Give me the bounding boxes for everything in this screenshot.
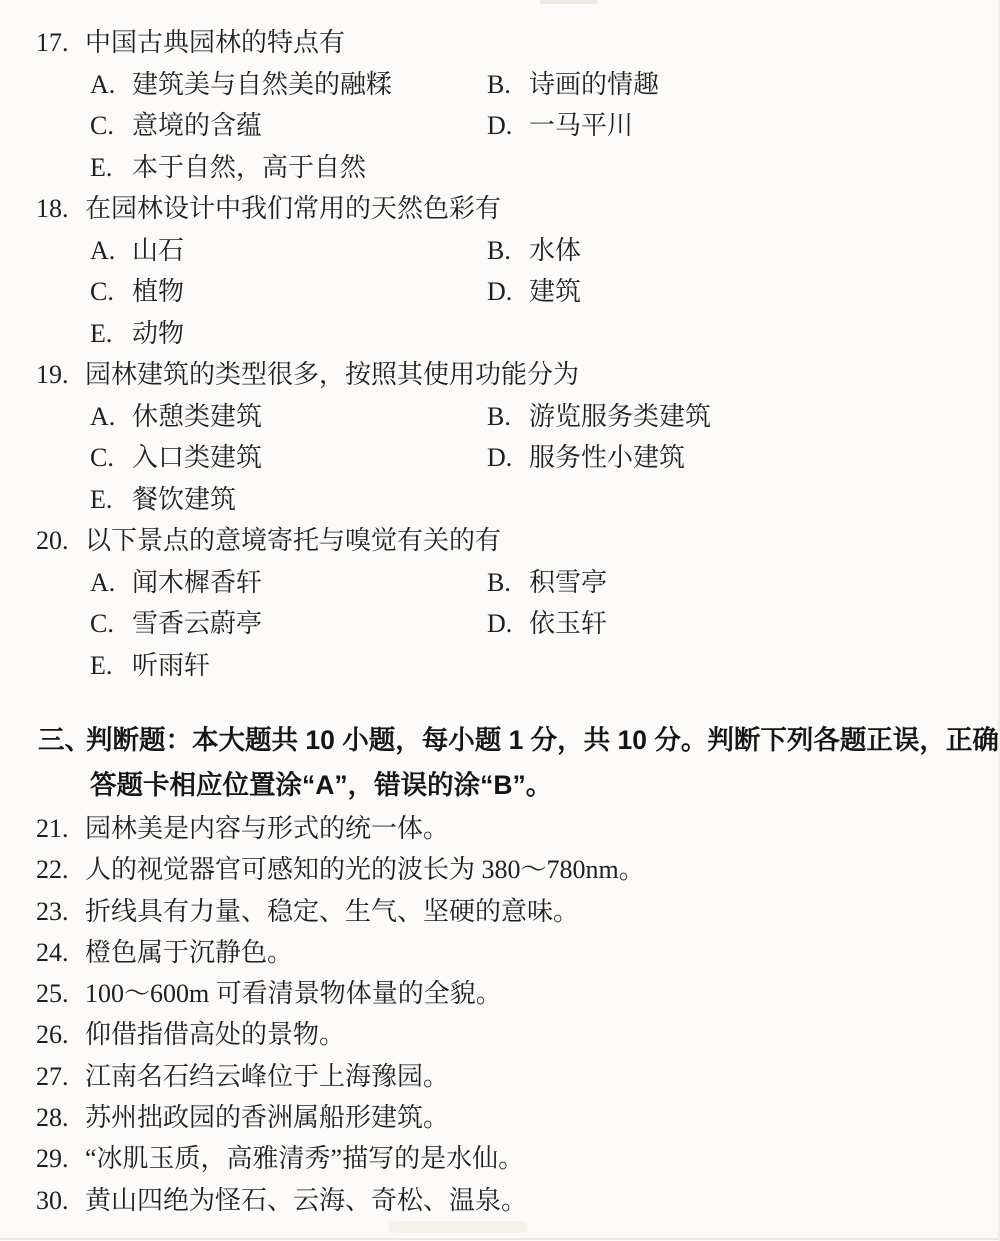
option-letter: D. (487, 603, 529, 645)
scan-artifact-top (540, 0, 598, 4)
option-text: 雪香云蔚亭 (132, 609, 262, 638)
option-text: 依玉轩 (529, 609, 607, 638)
question-number: 28. (36, 1097, 85, 1138)
mc-question-row: 19.园林建筑的类型很多，按照其使用功能分为 (0, 354, 1000, 396)
option-text: 一马平川 (529, 111, 633, 140)
option-text: 植物 (132, 277, 184, 306)
true-false-section: 21.园林美是内容与形式的统一体。22.人的视觉器官可感知的光的波长为 380～… (0, 808, 1000, 1221)
option-row: C.植物D.建筑 (0, 271, 1000, 313)
question-number: 17. (36, 22, 85, 64)
question-text: 橙色属于沉静色。 (85, 938, 293, 967)
option-text: 听雨轩 (132, 651, 210, 680)
option-letter: B. (487, 64, 529, 106)
tf-question-row: 26.仰借指借高处的景物。 (0, 1014, 1000, 1055)
option-C: C.植物 (90, 271, 184, 313)
question-text: 人的视觉器官可感知的光的波长为 380～780nm。 (85, 855, 645, 884)
option-text: 动物 (132, 319, 184, 348)
option-letter: C. (90, 105, 132, 147)
option-letter: E. (90, 147, 132, 189)
question-text: “冰肌玉质，高雅清秀”描写的是水仙。 (85, 1144, 524, 1173)
option-text: 本于自然，高于自然 (132, 153, 366, 182)
option-letter: E. (90, 313, 132, 355)
option-row: E.听雨轩 (0, 645, 1000, 687)
question-text: 江南名石绉云峰位于上海豫园。 (85, 1062, 449, 1091)
option-letter: D. (487, 271, 529, 313)
tf-question-row: 25.100～600m 可看清景物体量的全貌。 (0, 973, 1000, 1014)
option-text: 山石 (132, 236, 184, 265)
question-number: 27. (36, 1056, 85, 1097)
option-A: A.闻木樨香轩 (90, 562, 262, 604)
question-stem: 以下景点的意境寄托与嗅觉有关的有 (85, 526, 501, 555)
question-number: 30. (36, 1180, 85, 1221)
option-letter: C. (90, 603, 132, 645)
mc-question-row: 18.在园林设计中我们常用的天然色彩有 (0, 188, 1000, 230)
option-letter: B. (487, 396, 529, 438)
section-heading-text-continued: 答题卡相应位置涂“A”，错误的涂“B”。 (90, 770, 552, 800)
tf-question-row: 30.黄山四绝为怪石、云海、奇松、温泉。 (0, 1180, 1000, 1221)
option-text: 入口类建筑 (132, 443, 262, 472)
option-row: E.餐饮建筑 (0, 479, 1000, 521)
question-text: 园林美是内容与形式的统一体。 (85, 814, 449, 843)
option-text: 积雪亭 (529, 568, 607, 597)
question-number: 23. (36, 891, 85, 932)
option-row: A.建筑美与自然美的融糅B.诗画的情趣 (0, 64, 1000, 106)
tf-question-row: 21.园林美是内容与形式的统一体。 (0, 808, 1000, 849)
option-D: D.一马平川 (487, 105, 633, 147)
tf-question-row: 22.人的视觉器官可感知的光的波长为 380～780nm。 (0, 849, 1000, 890)
option-C: C.雪香云蔚亭 (90, 603, 262, 645)
option-letter: D. (487, 105, 529, 147)
option-row: E.本于自然，高于自然 (0, 147, 1000, 189)
mc-question-row: 20.以下景点的意境寄托与嗅觉有关的有 (0, 520, 1000, 562)
section-heading-text: 判断题：本大题共 10 小题，每小题 1 分，共 10 分。判断下列各题正误，正… (86, 725, 1000, 755)
option-A: A.山石 (90, 230, 184, 272)
option-letter: B. (487, 562, 529, 604)
question-text: 苏州拙政园的香洲属船形建筑。 (85, 1103, 449, 1132)
option-text: 休憩类建筑 (132, 402, 262, 431)
option-D: D.建筑 (487, 271, 581, 313)
tf-question-row: 23.折线具有力量、稳定、生气、坚硬的意味。 (0, 891, 1000, 932)
option-letter: E. (90, 479, 132, 521)
option-A: A.建筑美与自然美的融糅 (90, 64, 392, 106)
option-E: E.动物 (90, 313, 184, 355)
option-D: D.依玉轩 (487, 603, 607, 645)
question-text: 黄山四绝为怪石、云海、奇松、温泉。 (85, 1186, 527, 1215)
option-letter: B. (487, 230, 529, 272)
tf-question-row: 29.“冰肌玉质，高雅清秀”描写的是水仙。 (0, 1138, 1000, 1179)
option-B: B.积雪亭 (487, 562, 607, 604)
tf-question-row: 27.江南名石绉云峰位于上海豫园。 (0, 1056, 1000, 1097)
option-letter: C. (90, 437, 132, 479)
exam-page: 17.中国古典园林的特点有A.建筑美与自然美的融糅B.诗画的情趣C.意境的含蕴D… (0, 0, 1000, 1241)
option-text: 闻木樨香轩 (132, 568, 262, 597)
mc-question-row: 17.中国古典园林的特点有 (0, 22, 1000, 64)
option-text: 建筑 (529, 277, 581, 306)
option-row: C.雪香云蔚亭D.依玉轩 (0, 603, 1000, 645)
option-E: E.本于自然，高于自然 (90, 147, 366, 189)
question-stem: 在园林设计中我们常用的天然色彩有 (85, 194, 501, 223)
question-number: 29. (36, 1138, 85, 1179)
option-row: A.山石B.水体 (0, 230, 1000, 272)
option-letter: D. (487, 437, 529, 479)
option-letter: A. (90, 562, 132, 604)
question-stem: 中国古典园林的特点有 (85, 28, 345, 57)
option-B: B.诗画的情趣 (487, 64, 659, 106)
question-text: 折线具有力量、稳定、生气、坚硬的意味。 (85, 897, 579, 926)
option-letter: A. (90, 230, 132, 272)
option-text: 游览服务类建筑 (529, 402, 711, 431)
page-bottom-edge (0, 1238, 1000, 1240)
section-three-heading: 三、判断题：本大题共 10 小题，每小题 1 分，共 10 分。判断下列各题正误… (0, 718, 1000, 808)
option-text: 餐饮建筑 (132, 485, 236, 514)
question-number: 18. (36, 188, 85, 230)
scan-artifact-bottom (388, 1221, 528, 1233)
option-C: C.入口类建筑 (90, 437, 262, 479)
option-A: A.休憩类建筑 (90, 396, 262, 438)
option-text: 意境的含蕴 (132, 111, 262, 140)
question-number: 24. (36, 932, 85, 973)
question-number: 20. (36, 520, 85, 562)
option-text: 诗画的情趣 (529, 70, 659, 99)
question-stem: 园林建筑的类型很多，按照其使用功能分为 (85, 360, 579, 389)
option-D: D.服务性小建筑 (487, 437, 685, 479)
option-letter: A. (90, 64, 132, 106)
option-row: A.闻木樨香轩B.积雪亭 (0, 562, 1000, 604)
option-letter: A. (90, 396, 132, 438)
option-B: B.水体 (487, 230, 581, 272)
section-heading-line-1: 三、判断题：本大题共 10 小题，每小题 1 分，共 10 分。判断下列各题正误… (0, 718, 1000, 763)
question-number: 26. (36, 1014, 85, 1055)
question-number: 19. (36, 354, 85, 396)
option-E: E.听雨轩 (90, 645, 210, 687)
option-letter: C. (90, 271, 132, 313)
option-E: E.餐饮建筑 (90, 479, 236, 521)
option-letter: E. (90, 645, 132, 687)
option-text: 水体 (529, 236, 581, 265)
option-row: E.动物 (0, 313, 1000, 355)
tf-question-row: 24.橙色属于沉静色。 (0, 932, 1000, 973)
multiple-choice-section: 17.中国古典园林的特点有A.建筑美与自然美的融糅B.诗画的情趣C.意境的含蕴D… (0, 22, 1000, 686)
option-C: C.意境的含蕴 (90, 105, 262, 147)
question-number: 21. (36, 808, 85, 849)
option-B: B.游览服务类建筑 (487, 396, 711, 438)
section-number-label: 三、 (38, 718, 86, 763)
question-number: 25. (36, 973, 85, 1014)
question-text: 100～600m 可看清景物体量的全貌。 (85, 979, 502, 1008)
section-heading-line-2: 答题卡相应位置涂“A”，错误的涂“B”。 (0, 763, 1000, 808)
option-row: C.入口类建筑D.服务性小建筑 (0, 437, 1000, 479)
option-row: C.意境的含蕴D.一马平川 (0, 105, 1000, 147)
option-row: A.休憩类建筑B.游览服务类建筑 (0, 396, 1000, 438)
question-number: 22. (36, 849, 85, 890)
option-text: 服务性小建筑 (529, 443, 685, 472)
question-text: 仰借指借高处的景物。 (85, 1020, 345, 1049)
tf-question-row: 28.苏州拙政园的香洲属船形建筑。 (0, 1097, 1000, 1138)
option-text: 建筑美与自然美的融糅 (132, 70, 392, 99)
